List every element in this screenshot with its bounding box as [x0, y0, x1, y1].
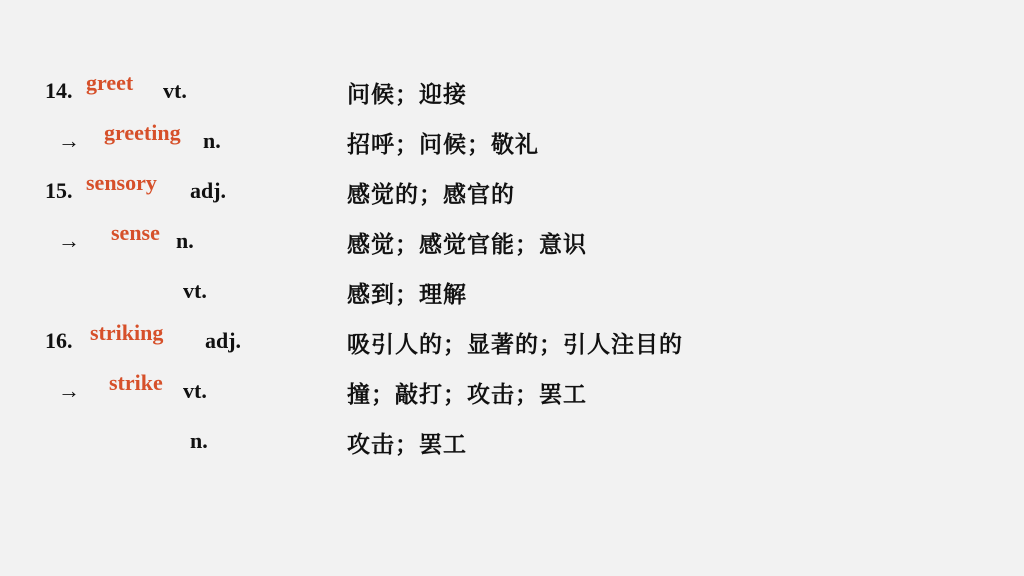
meaning: 吸引人的；显著的；引人注目的	[347, 326, 683, 359]
meaning: 感觉的；感官的	[347, 176, 515, 209]
answer-word: sense	[111, 220, 160, 246]
part-of-speech: n.	[203, 128, 221, 154]
answer-word: greet	[86, 70, 133, 96]
meaning: 感到；理解	[347, 276, 467, 309]
item-number: 14.	[45, 78, 73, 104]
answer-word: strike	[109, 370, 163, 396]
part-of-speech: n.	[176, 228, 194, 254]
vocab-row-sense: → sense n. 感觉；感觉官能；意识	[0, 226, 1024, 276]
vocab-row-striking: 16. striking adj. 吸引人的；显著的；引人注目的	[0, 326, 1024, 376]
item-number: 15.	[45, 178, 73, 204]
meaning: 攻击；罢工	[347, 426, 467, 459]
meaning: 问候；迎接	[347, 76, 467, 109]
vocab-row-greeting: → greeting n. 招呼；问候；敬礼	[0, 126, 1024, 176]
vocab-row-strike-n: n. 攻击；罢工	[0, 426, 1024, 476]
vocab-row-sensory: 15. sensory adj. 感觉的；感官的	[0, 176, 1024, 226]
part-of-speech: vt.	[183, 278, 207, 304]
meaning: 招呼；问候；敬礼	[347, 126, 539, 159]
arrow-icon: →	[58, 378, 80, 404]
arrow-icon: →	[58, 128, 80, 154]
part-of-speech: n.	[190, 428, 208, 454]
vocab-row-greet: 14. greet vt. 问候；迎接	[0, 76, 1024, 126]
part-of-speech: vt.	[183, 378, 207, 404]
answer-word: striking	[90, 320, 163, 346]
vocab-row-sense-vt: vt. 感到；理解	[0, 276, 1024, 326]
vocab-row-strike: → strike vt. 撞；敲打；攻击；罢工	[0, 376, 1024, 426]
part-of-speech: adj.	[205, 328, 241, 354]
part-of-speech: adj.	[190, 178, 226, 204]
meaning: 撞；敲打；攻击；罢工	[347, 376, 587, 409]
part-of-speech: vt.	[163, 78, 187, 104]
arrow-icon: →	[58, 228, 80, 254]
answer-word: sensory	[86, 170, 157, 196]
item-number: 16.	[45, 328, 73, 354]
answer-word: greeting	[104, 120, 181, 146]
meaning: 感觉；感觉官能；意识	[347, 226, 587, 259]
